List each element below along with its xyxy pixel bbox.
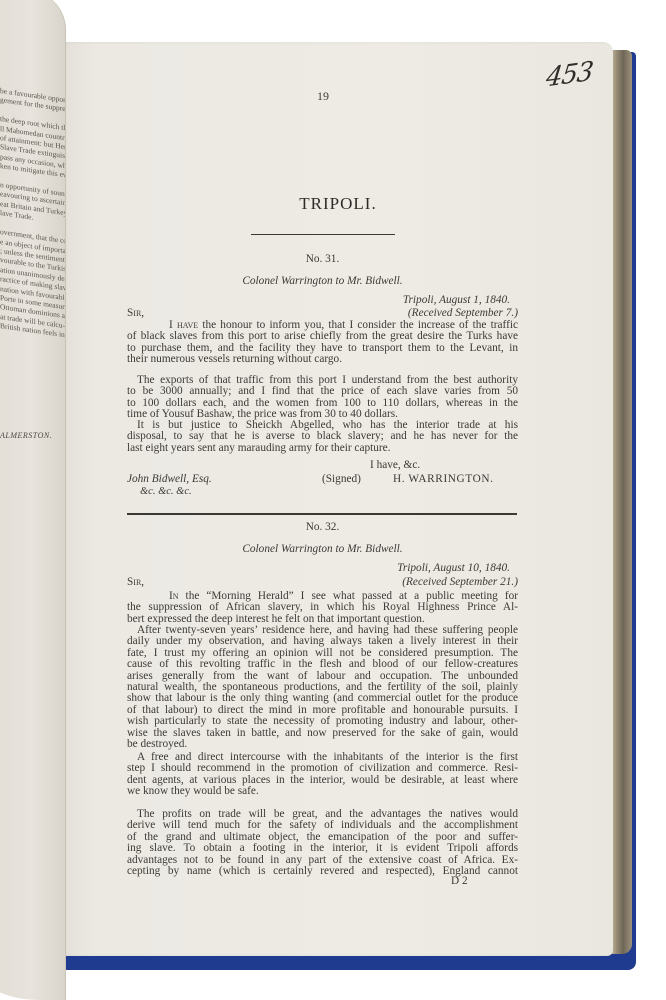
opening-word: In: [169, 590, 179, 602]
letter-place-date: Tripoli, August 10, 1840.: [127, 563, 518, 574]
letter-paragraph: The exports of that traffic from this po…: [127, 375, 518, 421]
text-line: last eight years sent any marauding army…: [127, 443, 518, 454]
left-page: be a favourable opportunity for gement f…: [0, 0, 66, 1000]
addressee-etc: &c. &c. &c.: [140, 486, 531, 497]
left-page-signature: ALMERSTON.: [0, 431, 52, 440]
letter-number: No. 32.: [127, 522, 518, 533]
text-line: the honour to inform you, that I conside…: [198, 319, 518, 331]
section-rule: [127, 513, 517, 515]
letter-paragraph: It is but justice to Sheickh Abgelled, w…: [127, 420, 518, 454]
addressee: John Bidwell, Esq.: [127, 473, 212, 485]
letter-paragraph: A free and direct intercourse with the i…: [127, 752, 518, 798]
letter-heading: Colonel Warrington to Mr. Bidwell.: [127, 276, 518, 287]
letter-paragraph: After twenty-seven years’ residence here…: [127, 625, 518, 750]
opening-word: I have: [169, 319, 198, 331]
page-number: 19: [317, 89, 329, 104]
text-line: cause of this revolting traffic in the f…: [127, 659, 518, 670]
page-title: TRIPOLI.: [63, 194, 613, 214]
letter-heading: Colonel Warrington to Mr. Bidwell.: [127, 544, 518, 555]
text-line: the “Morning Herald” I see what passed a…: [179, 590, 518, 602]
text-line: wish particularly to state the necessity…: [127, 716, 518, 727]
signed-label: (Signed): [322, 473, 361, 485]
title-rule: [251, 234, 395, 235]
left-page-text: be a favourable opportunity for gement f…: [0, 86, 60, 339]
letter-paragraph: The profits on trade will be great, and …: [127, 809, 518, 877]
letter-closing: I have, &c.: [370, 460, 420, 471]
signer-name: H. WARRINGTON.: [393, 473, 494, 485]
signature-mark: D 2: [451, 876, 468, 887]
letter-received-date: (Received September 21.): [127, 577, 518, 588]
letter-place-date: Tripoli, August 1, 1840.: [127, 295, 518, 306]
page-fore-edge: [610, 50, 632, 954]
text-line: be destroyed.: [127, 739, 518, 750]
letter-number: No. 31.: [127, 254, 518, 265]
letter-received-date: (Received September 7.): [127, 308, 518, 319]
letter-paragraph: I have the honour to inform you, that I …: [127, 320, 518, 366]
letter-paragraph: In the “Morning Herald” I see what passe…: [127, 591, 518, 625]
text-line: we know they would be safe.: [127, 786, 518, 797]
text-line: their numerous vessels returning without…: [127, 354, 518, 365]
text-line: ing slave. To obtain a footing in the in…: [127, 843, 518, 854]
